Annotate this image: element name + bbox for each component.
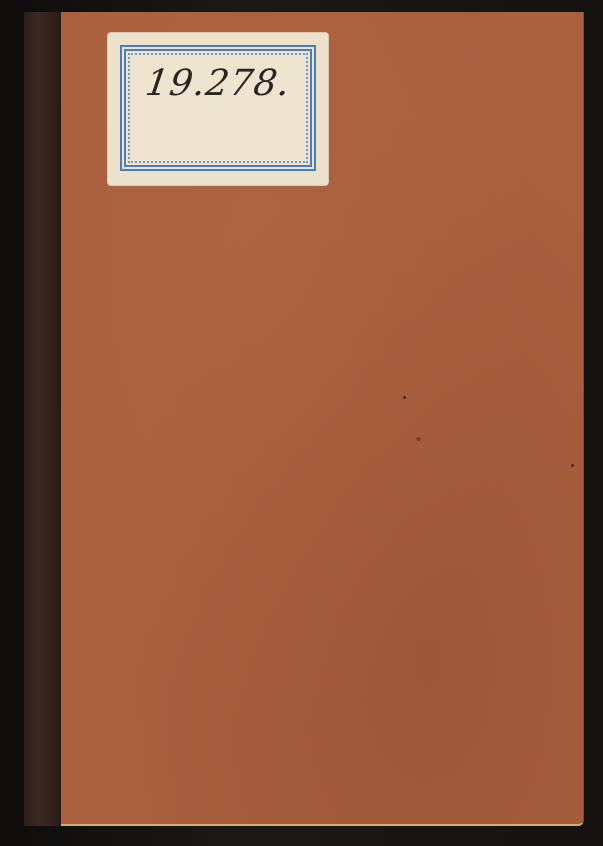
book-cover: 19.278. [61,12,584,826]
cover-speck [403,396,406,399]
book: 19.278. [24,12,586,826]
label-catalog-number: 19.278. [105,63,331,104]
catalog-label: 19.278. [108,33,328,185]
cover-stain [416,437,421,441]
cover-speck [571,464,574,467]
book-spine [24,12,63,826]
